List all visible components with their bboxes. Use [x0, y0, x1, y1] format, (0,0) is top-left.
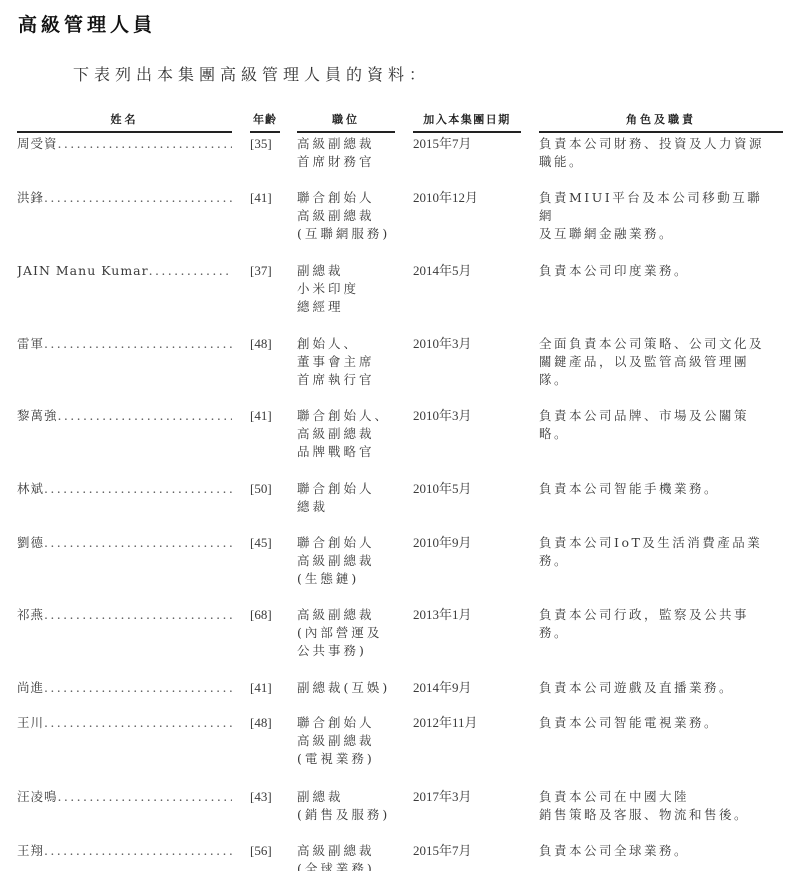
join-date-cell: 2012年11月: [413, 714, 478, 732]
age-cell: [50]: [250, 480, 272, 498]
role-cell: 負責本公司在中國大陸 銷售策略及客服、物流和售後。: [539, 788, 774, 824]
leader-dots: ........................................…: [58, 789, 232, 804]
role-cell: 全面負責本公司策略、公司文化及 關鍵產品，以及監管高級管理團隊。: [539, 335, 774, 389]
name-cell: 劉德......................................…: [17, 534, 232, 552]
age-cell: [41]: [250, 679, 272, 697]
join-date-cell: 2010年9月: [413, 534, 472, 552]
person-name: 雷軍: [17, 336, 44, 351]
join-date-cell: 2010年3月: [413, 335, 472, 353]
name-cell: JAIN Manu Kumar.........................…: [17, 262, 232, 280]
name-cell: 雷軍......................................…: [17, 335, 232, 353]
person-name: 祁燕: [17, 607, 44, 622]
age-cell: [37]: [250, 262, 272, 280]
section-title: 高級管理人員: [18, 10, 156, 37]
leader-dots: ........................................…: [58, 136, 232, 151]
age-cell: [68]: [250, 606, 272, 624]
person-name: 洪鋒: [17, 190, 44, 205]
name-cell: 黎萬強.....................................…: [17, 407, 232, 425]
person-name: JAIN Manu Kumar: [17, 263, 149, 278]
role-cell: 負責本公司印度業務。: [539, 262, 774, 280]
leader-dots: ........................................…: [149, 263, 232, 278]
person-name: 周受資: [17, 136, 58, 151]
role-cell: 負責本公司行政，監察及公共事務。: [539, 606, 774, 642]
person-name: 林斌: [17, 481, 44, 496]
join-date-cell: 2014年5月: [413, 262, 472, 280]
title-cell: 聯合創始人 高級副總裁 (互聯網服務): [297, 189, 390, 243]
age-cell: [43]: [250, 788, 272, 806]
leader-dots: ........................................…: [44, 481, 232, 496]
age-cell: [48]: [250, 714, 272, 732]
name-cell: 洪鋒......................................…: [17, 189, 232, 207]
role-cell: 負責本公司智能手機業務。: [539, 480, 774, 498]
leader-dots: ........................................…: [58, 408, 232, 423]
age-cell: [45]: [250, 534, 272, 552]
title-cell: 聯合創始人 總裁: [297, 480, 375, 516]
join-date-cell: 2010年3月: [413, 407, 472, 425]
name-cell: 祁燕......................................…: [17, 606, 232, 624]
role-cell: 負責本公司品牌、市場及公關策略。: [539, 407, 774, 443]
role-cell: 負責本公司遊戲及直播業務。: [539, 679, 774, 697]
title-cell: 高級副總裁 (內部營運及 公共事務): [297, 606, 382, 660]
title-cell: 副總裁 小米印度 總經理: [297, 262, 359, 316]
leader-dots: ........................................…: [44, 190, 232, 205]
column-header-join-date: 加入本集團日期: [413, 111, 521, 133]
leader-dots: ........................................…: [44, 535, 232, 550]
intro-text: 下表列出本集團高級管理人員的資料：: [73, 62, 430, 85]
role-cell: 負責本公司智能電視業務。: [539, 714, 774, 732]
person-name: 汪凌鳴: [17, 789, 58, 804]
join-date-cell: 2015年7月: [413, 842, 472, 860]
column-header-name: 姓名: [17, 111, 232, 133]
name-cell: 尚進......................................…: [17, 679, 232, 697]
title-cell: 創始人、 董事會主席 首席執行官: [297, 335, 375, 389]
title-cell: 高級副總裁 (全球業務): [297, 842, 375, 871]
role-cell: 負責本公司財務、投資及人力資源 職能。: [539, 135, 774, 171]
age-cell: [48]: [250, 335, 272, 353]
title-cell: 副總裁 (銷售及服務): [297, 788, 390, 824]
title-cell: 聯合創始人 高級副總裁 (電視業務): [297, 714, 375, 768]
join-date-cell: 2015年7月: [413, 135, 472, 153]
title-cell: 聯合創始人、 高級副總裁 品牌戰略官: [297, 407, 390, 461]
leader-dots: ........................................…: [44, 843, 232, 858]
person-name: 尚進: [17, 680, 44, 695]
leader-dots: ........................................…: [44, 607, 232, 622]
person-name: 劉德: [17, 535, 44, 550]
join-date-cell: 2013年1月: [413, 606, 472, 624]
title-cell: 高級副總裁 首席財務官: [297, 135, 375, 171]
age-cell: [41]: [250, 189, 272, 207]
name-cell: 周受資.....................................…: [17, 135, 232, 153]
name-cell: 王翔......................................…: [17, 842, 232, 860]
column-header-age: 年齡: [250, 111, 280, 133]
age-cell: [41]: [250, 407, 272, 425]
age-cell: [56]: [250, 842, 272, 860]
leader-dots: ........................................…: [44, 680, 232, 695]
join-date-cell: 2014年9月: [413, 679, 472, 697]
role-cell: 負責本公司全球業務。: [539, 842, 774, 860]
title-cell: 聯合創始人 高級副總裁 (生態鏈): [297, 534, 375, 588]
person-name: 王翔: [17, 843, 44, 858]
join-date-cell: 2010年5月: [413, 480, 472, 498]
name-cell: 王川......................................…: [17, 714, 232, 732]
column-header-role: 角色及職責: [539, 111, 783, 133]
join-date-cell: 2010年12月: [413, 189, 478, 207]
person-name: 黎萬強: [17, 408, 58, 423]
age-cell: [35]: [250, 135, 272, 153]
column-header-title: 職位: [297, 111, 395, 133]
join-date-cell: 2017年3月: [413, 788, 472, 806]
title-cell: 副總裁(互娛): [297, 679, 390, 697]
name-cell: 汪凌鳴.....................................…: [17, 788, 232, 806]
role-cell: 負責MIUI平台及本公司移動互聯網 及互聯網金融業務。: [539, 189, 774, 243]
name-cell: 林斌......................................…: [17, 480, 232, 498]
leader-dots: ........................................…: [44, 715, 232, 730]
role-cell: 負責本公司IoT及生活消費產品業務。: [539, 534, 774, 570]
person-name: 王川: [17, 715, 44, 730]
leader-dots: ........................................…: [44, 336, 232, 351]
